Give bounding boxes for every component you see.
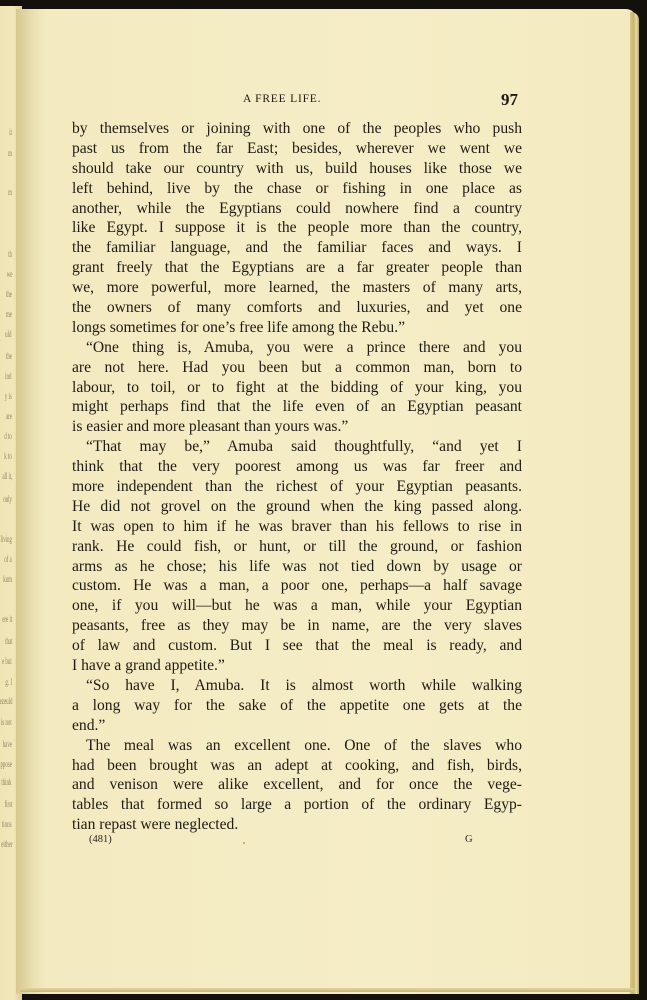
text-line: by themselves or joining with one of the… [72, 119, 522, 139]
bleed-fragment: m [8, 188, 12, 197]
text-line: past us from the far East; besides, wher… [72, 139, 522, 159]
bleed-fragment: only [3, 495, 12, 504]
signature-number: (481) [89, 834, 112, 845]
bleed-fragment: ere it [2, 615, 12, 624]
bleed-fragment: of a [4, 555, 12, 564]
text-line: The meal was an excellent one. One of th… [72, 736, 522, 756]
text-line: like Egypt. I suppose it is the people m… [72, 218, 522, 238]
running-head: A FREE LIFE. 97 [72, 90, 520, 110]
text-line: might perhaps find that the life even of… [72, 397, 522, 417]
bleed-fragment: it [9, 128, 12, 137]
text-line: one, if you will—but he was a man, while… [72, 596, 522, 616]
text-line: end.” [72, 716, 522, 736]
bleed-fragment: either [1, 840, 12, 849]
text-line: another, while the Egyptians could nowhe… [72, 199, 522, 219]
page-edge-bottom [20, 988, 634, 992]
text-line: rank. He could fish, or hunt, or till th… [72, 537, 522, 557]
text-line: “One thing is, Amuba, you were a prince … [72, 338, 522, 358]
text-line: tian repast were neglected. [72, 815, 522, 835]
bleed-fragment: the [6, 352, 12, 361]
page-edge-right [630, 12, 639, 994]
text-line: It was open to him if he was braver than… [72, 517, 522, 537]
bleed-fragment: that [5, 637, 12, 646]
ink-speck [243, 842, 245, 844]
bleed-fragment: think [2, 778, 12, 787]
scanned-book-page: itmmthwethemeuldtheindy isared tok toall… [0, 0, 647, 1000]
bleed-fragment: g. I [5, 678, 12, 687]
text-line: and venison were alike excellent, and fo… [72, 775, 522, 795]
text-line: is easier and more pleasant than yours w… [72, 417, 522, 437]
bleed-fragment: th [8, 250, 12, 259]
bleed-fragment: d to [4, 432, 12, 441]
bleed-fragment: first [4, 800, 12, 809]
text-line: tables that formed so large a portion of… [72, 795, 522, 815]
bleed-fragment: kum [3, 575, 12, 584]
text-line: arms as he chose; his life was not tied … [72, 557, 522, 577]
text-line: a long way for the sake of the appetite … [72, 696, 522, 716]
bleed-fragment: uld [6, 330, 12, 339]
bleed-fragment: ezeuld [0, 697, 12, 706]
text-line: should take our country with us, build h… [72, 159, 522, 179]
text-line: “So have I, Amuba. It is almost worth wh… [72, 676, 522, 696]
text-line: “That may be,” Amuba said thoughtfully, … [72, 437, 522, 457]
running-title: A FREE LIFE. [243, 93, 321, 105]
bleed-fragment: ind [6, 372, 12, 381]
text-line: of law and custom. But I see that the me… [72, 636, 522, 656]
text-line: peasants, free as they may be in name, a… [72, 616, 522, 636]
text-line: are not here. Had you been but a common … [72, 358, 522, 378]
bleed-fragment: all it, [2, 472, 12, 481]
bleed-fragment: we [6, 270, 12, 279]
bleed-fragment: is not [1, 718, 12, 727]
bleed-fragment: k to [4, 452, 12, 461]
text-line: more independent than the richest of you… [72, 477, 522, 497]
page-number: 97 [501, 90, 518, 110]
bleed-fragment: ppose [0, 760, 12, 769]
bleed-fragment: living [0, 535, 12, 544]
text-line: longs sometimes for one’s free life amon… [72, 318, 522, 338]
bleed-fragment: tions [2, 820, 12, 829]
body-text: by themselves or joining with one of the… [72, 119, 522, 835]
text-line: custom. He was a man, a poor one, perhap… [72, 576, 522, 596]
text-line: left behind, live by the chase or fishin… [72, 179, 522, 199]
bleed-fragment: e but [2, 657, 12, 666]
bleed-fragment: me [6, 310, 12, 319]
text-line: the familiar language, and the familiar … [72, 238, 522, 258]
bleed-fragment: have [3, 740, 12, 749]
page-footer: (481) G [72, 834, 522, 850]
spine-shadow [16, 9, 46, 994]
text-line: think that the very poorest among us was… [72, 457, 522, 477]
bleed-fragment: the [6, 290, 12, 299]
signature-mark: G [465, 834, 473, 845]
text-line: had been brought was an adept at cooking… [72, 756, 522, 776]
text-line: He did not grovel on the ground when the… [72, 497, 522, 517]
text-line: I have a grand appetite.” [72, 656, 522, 676]
text-line: grant freely that the Egyptians are a fa… [72, 258, 522, 278]
text-line: we, more powerful, more learned, the mas… [72, 278, 522, 298]
bleed-fragment: are [6, 412, 12, 421]
text-line: the owners of many comforts and luxuries… [72, 298, 522, 318]
text-line: labour, to toil, or to fight at the bidd… [72, 378, 522, 398]
bleed-fragment: m [8, 149, 12, 158]
bleed-fragment: y is [5, 392, 12, 401]
